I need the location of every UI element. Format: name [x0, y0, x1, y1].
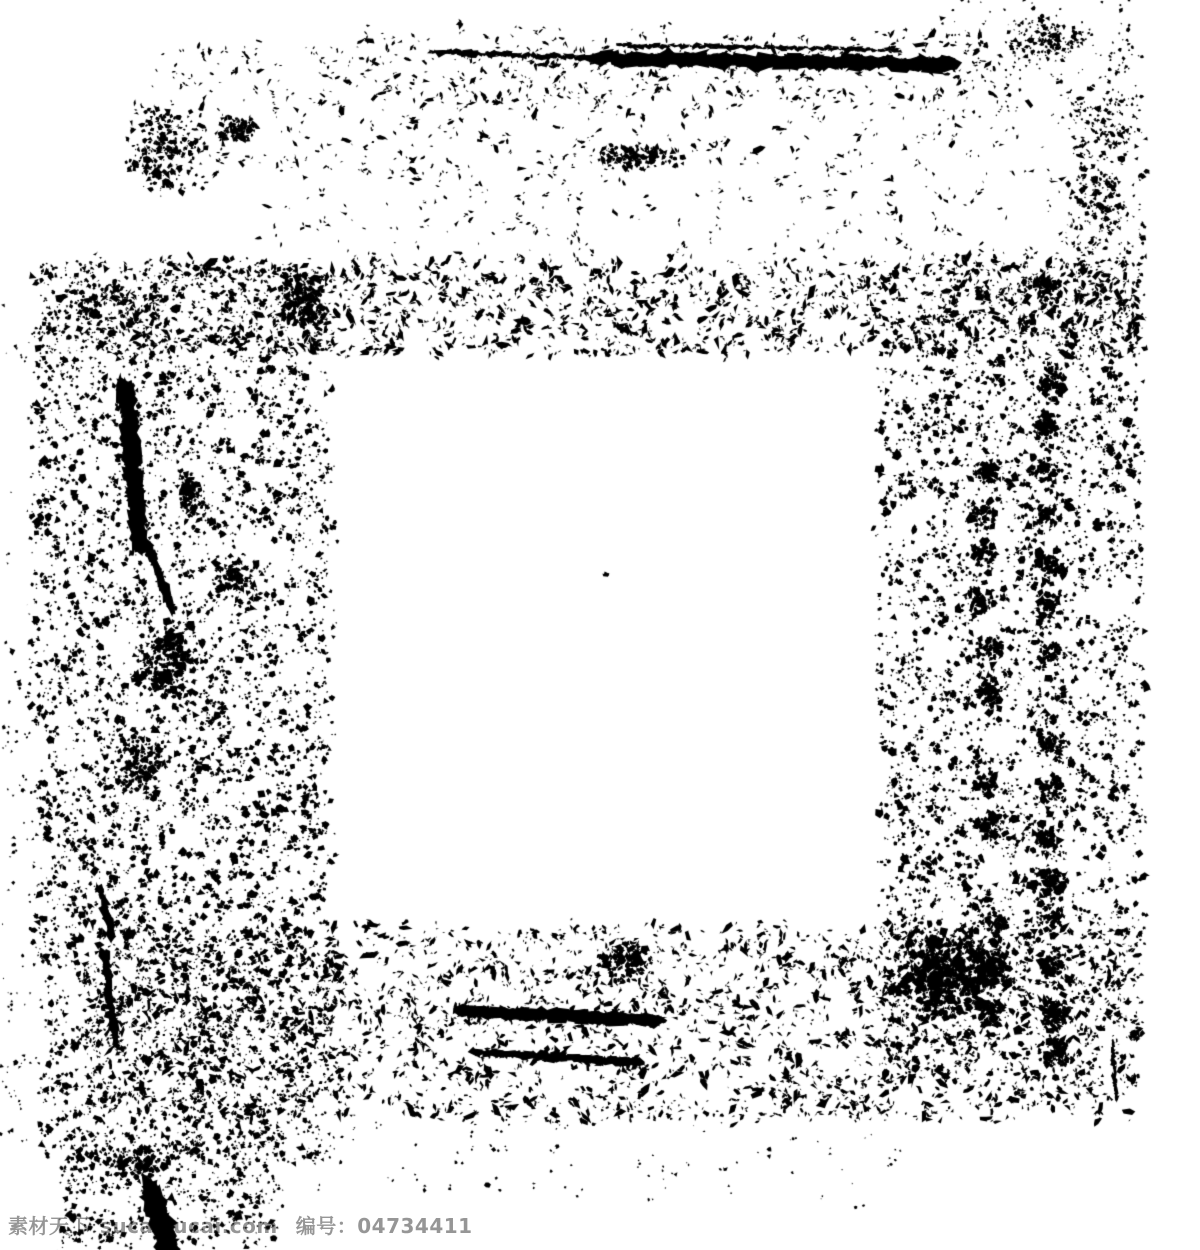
grunge-frame-image: 素材天下sucaisucai.com编号：04734411 [0, 0, 1200, 1250]
grunge-frame-texture [0, 0, 1200, 1250]
